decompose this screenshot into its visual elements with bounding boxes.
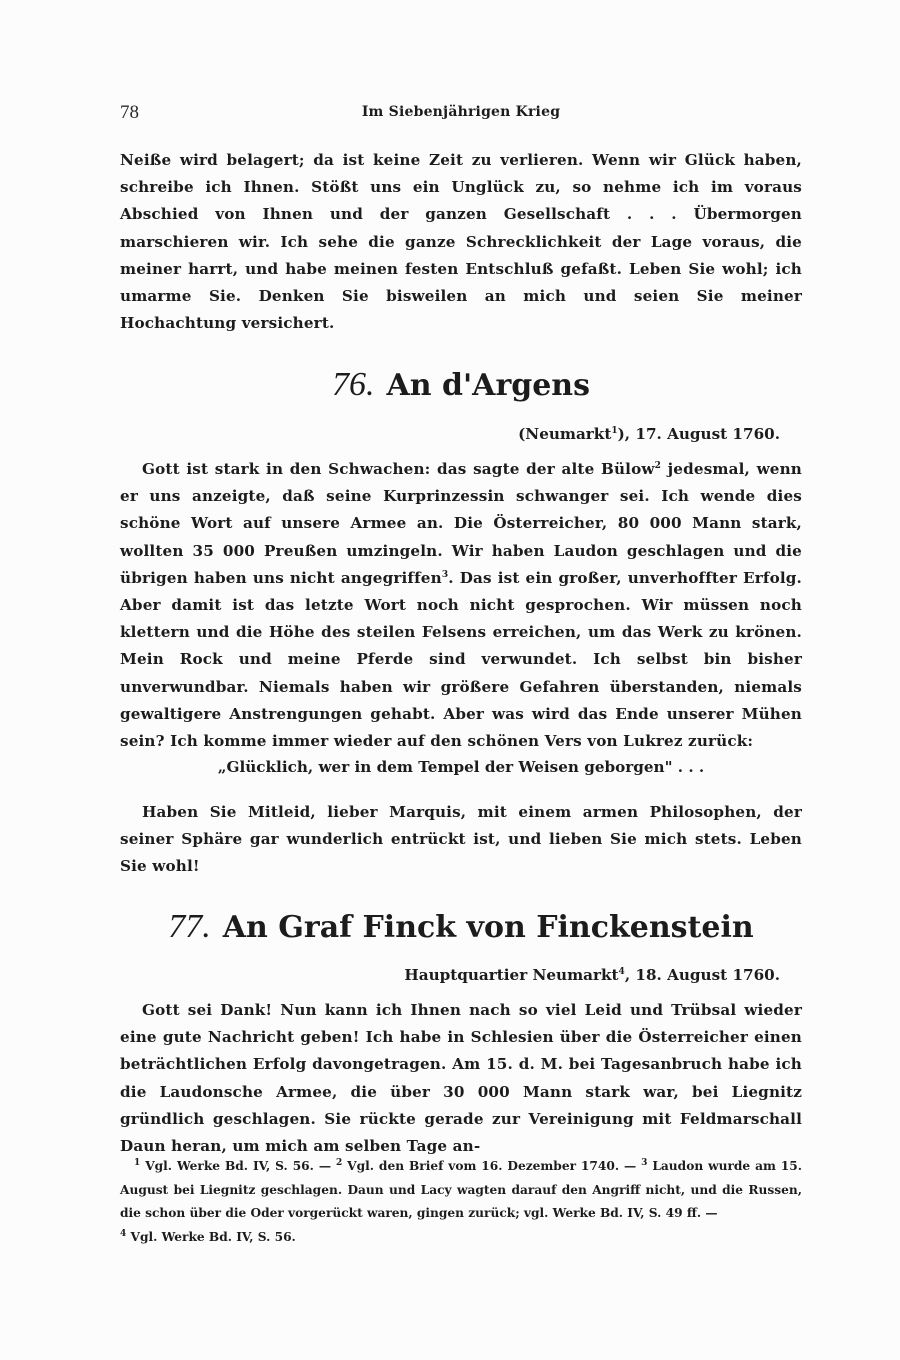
footnote-marker: 2 [336, 1158, 342, 1168]
dateline-date: , 18. August 1760. [625, 966, 780, 984]
footnote-2: 2 Vgl. den Brief vom 16. Dezember 1740. … [336, 1159, 641, 1173]
continuation-paragraph: Neiße wird belagert; da ist keine Zeit z… [120, 147, 802, 337]
dateline-place: (Neumarkt [518, 425, 611, 443]
footnote-marker: 3 [641, 1158, 647, 1168]
closing-paragraph: Haben Sie Mitleid, lieber Marquis, mit e… [120, 799, 802, 881]
footnote-marker: 1 [134, 1158, 140, 1168]
letter-76-body: Gott ist stark in den Schwachen: das sag… [120, 456, 802, 755]
dateline-date: ), 17. August 1760. [618, 425, 780, 443]
footnote-1: 1 Vgl. Werke Bd. IV, S. 56. — [134, 1159, 336, 1173]
letter-number: 76. [332, 366, 375, 403]
footnote-4: 4 Vgl. Werke Bd. IV, S. 56. [120, 1230, 296, 1244]
dateline-place: Hauptquartier Neumarkt [404, 966, 618, 984]
footnotes: 1 Vgl. Werke Bd. IV, S. 56. — 2 Vgl. den… [120, 1155, 802, 1249]
letter-paragraph: Gott sei Dank! Nun kann ich Ihnen nach s… [120, 997, 802, 1160]
verse-quote: „Glücklich, wer in dem Tempel der Weisen… [120, 758, 802, 776]
letter-76-closing: Haben Sie Mitleid, lieber Marquis, mit e… [120, 799, 802, 881]
letter-number: 77. [168, 908, 211, 945]
letter-76-heading: 76.An d'Argens [120, 366, 802, 404]
letter-77-heading: 77.An Graf Finck von Finckenstein [120, 908, 802, 946]
letter-76-dateline: (Neumarkt1), 17. August 1760. [518, 425, 780, 443]
running-header: 78 Im Siebenjährigen Krieg [120, 100, 802, 126]
letter-77-dateline: Hauptquartier Neumarkt4, 18. August 1760… [404, 966, 780, 984]
letter-paragraph: Gott ist stark in den Schwachen: das sag… [120, 456, 802, 755]
letter-title: An d'Argens [386, 368, 590, 403]
letter-77-body: Gott sei Dank! Nun kann ich Ihnen nach s… [120, 997, 802, 1160]
running-title: Im Siebenjährigen Krieg [120, 104, 802, 120]
letter-title: An Graf Finck von Finckenstein [223, 910, 754, 945]
footnote-marker: 4 [120, 1228, 126, 1238]
continuation-text: Neiße wird belagert; da ist keine Zeit z… [120, 147, 802, 337]
